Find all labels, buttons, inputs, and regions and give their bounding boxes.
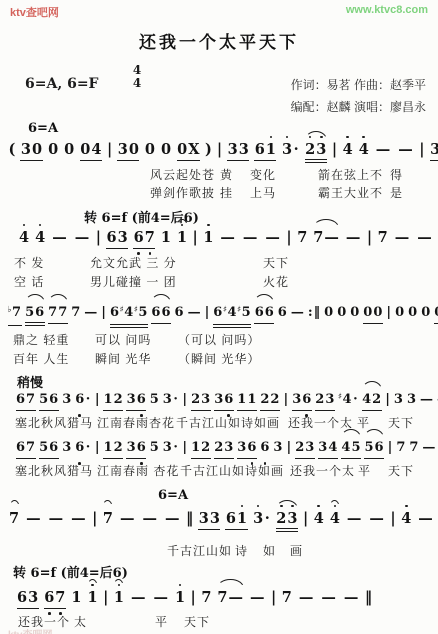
- note: 2: [315, 390, 325, 409]
- note: 7: [217, 588, 228, 607]
- note: 5: [39, 390, 49, 409]
- note: 0: [144, 140, 155, 159]
- note: —: [417, 228, 433, 247]
- note: 7: [71, 303, 81, 322]
- lyric-row-2b: 空 话 男儿碰撞 一 团 火花: [0, 273, 438, 289]
- note: 6: [17, 588, 28, 607]
- note: ·: [172, 390, 179, 409]
- note: ·: [352, 390, 359, 409]
- dash-note: —: [142, 509, 158, 528]
- note: 6: [224, 390, 234, 409]
- note: 7: [26, 438, 36, 457]
- barline: |: [103, 588, 109, 607]
- note-group: 4: [358, 140, 369, 159]
- lyric-row-5: 塞北秋风猎马 江南春雨 杏花 千古江山如诗如画 还我一个太 平 天下: [0, 462, 438, 478]
- note-group: 0: [421, 303, 431, 322]
- lyric-segment: 允文允武 三 分: [90, 254, 177, 271]
- note: |: [190, 588, 196, 607]
- note: 0: [373, 303, 383, 322]
- note-group: 3: [393, 390, 403, 409]
- note: 3: [325, 390, 335, 409]
- note: 3: [62, 438, 72, 457]
- note: 5: [149, 390, 159, 409]
- note: 7: [313, 228, 324, 247]
- note: 5: [149, 438, 159, 457]
- note: 1: [103, 390, 113, 409]
- note: 7: [409, 438, 419, 457]
- note: —: [343, 588, 359, 607]
- note-group: 0: [48, 140, 59, 159]
- key-signature: 6=A, 6=F: [25, 76, 99, 92]
- note: ·: [85, 390, 92, 409]
- note-group: 30: [20, 140, 42, 161]
- note: —: [71, 509, 87, 528]
- barline: |: [94, 438, 100, 457]
- note: 3: [209, 509, 220, 528]
- note-group: 7—: [217, 588, 244, 607]
- note: 4: [35, 228, 46, 247]
- dash-note: —: [422, 438, 436, 457]
- note: |: [286, 228, 292, 247]
- dash-note: —: [130, 588, 146, 607]
- dash-note: —: [418, 509, 434, 528]
- note: 4: [19, 228, 30, 247]
- dash-note: —: [26, 509, 42, 528]
- note: 3: [224, 438, 234, 457]
- note: 1: [87, 588, 98, 607]
- note: 6: [254, 140, 265, 159]
- lyric-segment: 平: [155, 613, 168, 630]
- note: |: [387, 438, 393, 457]
- watermark-bottom-left: ktv查吧网: [8, 626, 52, 634]
- dash-note: —: [321, 588, 337, 607]
- note: 3: [201, 390, 211, 409]
- note: 6: [75, 438, 85, 457]
- note: 3: [20, 140, 31, 159]
- time-signature: 4 4: [130, 64, 144, 90]
- note-group: 6♯4♯5: [213, 303, 251, 328]
- note: 2: [295, 438, 305, 457]
- note: 4: [341, 438, 351, 457]
- note: |: [390, 509, 396, 528]
- note: 7: [9, 509, 20, 528]
- note: 1: [191, 438, 201, 457]
- note: 6: [16, 390, 26, 409]
- note-group: 36: [292, 390, 312, 411]
- lyric-segment: 江南春雨杏花: [97, 414, 175, 431]
- lyric-row-4: 塞北秋风猎马 江南春雨杏花 千古江山如诗如画 还我一个太 平 天下: [0, 414, 438, 430]
- lyric-segment: 瞬间 光华: [95, 350, 151, 367]
- dash-note: —: [250, 588, 266, 607]
- note-group: 7: [377, 228, 388, 247]
- note-group: 6: [260, 438, 270, 457]
- key-mark-a-2: 6=A: [158, 488, 188, 503]
- note-group: 7: [71, 303, 81, 322]
- lyric-segment: 还我一个太: [288, 414, 353, 431]
- note: 3: [316, 140, 327, 159]
- dash-note: —: [74, 228, 90, 247]
- note-group: 36: [126, 390, 146, 411]
- note: —: [422, 438, 436, 457]
- note: 7: [26, 390, 36, 409]
- lyric-segment: 诗: [235, 542, 248, 559]
- note: —: [228, 588, 244, 607]
- lyric-segment: 挂: [220, 184, 233, 201]
- note: 3: [305, 438, 315, 457]
- note-group: 1: [160, 228, 171, 247]
- note: —: [345, 228, 361, 247]
- dash-note: —: [52, 228, 68, 247]
- note: 6: [302, 390, 312, 409]
- dash-note: —: [345, 228, 361, 247]
- lyric-segment: 千古江山如诗如画: [180, 462, 284, 479]
- note: 7: [58, 303, 68, 322]
- lyric-segment: 箭在弦上不: [318, 166, 383, 183]
- dash-note: —: [420, 390, 434, 409]
- note-group: 7: [9, 509, 20, 528]
- lyric-segment: 百年 人生: [13, 350, 69, 367]
- note: —: [164, 509, 180, 528]
- note-group: 66: [151, 303, 171, 324]
- note: |: [204, 303, 210, 322]
- lyric-segment: 是: [390, 184, 403, 201]
- note: |: [182, 390, 188, 409]
- note-group: 23: [191, 390, 211, 411]
- note-group: 45: [341, 438, 361, 459]
- note-group: 67: [133, 228, 155, 249]
- note: 3: [126, 438, 136, 457]
- note: 3: [28, 588, 39, 607]
- dash-note: —: [343, 588, 359, 607]
- note: 6: [254, 303, 264, 322]
- note: 0: [421, 303, 431, 322]
- lyric-row-6: 千古江山如 诗 如 画: [0, 542, 438, 558]
- note-group: ‖: [364, 588, 372, 607]
- note: 3: [198, 509, 209, 528]
- note: —: [119, 509, 135, 528]
- note: 3: [238, 140, 249, 159]
- note-group: ‖: [185, 509, 193, 528]
- note: |: [182, 438, 188, 457]
- note: 6: [161, 303, 171, 322]
- note-group: 0: [144, 140, 155, 159]
- note: —: [26, 509, 42, 528]
- note: 2: [305, 140, 316, 159]
- note: 6: [110, 303, 120, 322]
- lyric-segment: 塞北秋风猎马: [15, 414, 93, 431]
- lyric-segment: 火花: [263, 273, 289, 290]
- note: 7: [377, 228, 388, 247]
- note: (: [8, 140, 16, 159]
- note: 6: [133, 228, 144, 247]
- barline: |: [92, 509, 98, 528]
- note: |: [331, 140, 337, 159]
- note-group: 04: [80, 140, 102, 161]
- tempo-mark-slower: 稍慢: [17, 372, 43, 391]
- note: —: [220, 228, 236, 247]
- note: 2: [113, 438, 123, 457]
- lyric-segment: 风云起处苍: [150, 166, 215, 183]
- barline: |: [331, 140, 337, 159]
- note-group: 1: [87, 588, 98, 607]
- note-group: (: [8, 140, 16, 159]
- note: 2: [214, 438, 224, 457]
- note: 7: [396, 438, 406, 457]
- note-group: 3·: [253, 509, 271, 528]
- note-group: 30: [117, 140, 139, 161]
- note: —: [187, 303, 201, 322]
- note-group: ♭7: [8, 303, 22, 326]
- note: 5: [39, 438, 49, 457]
- lyric-row-2a: 不 发 允文允武 三 分 天下: [0, 254, 438, 270]
- note: |: [385, 390, 391, 409]
- note-group: 63: [17, 588, 39, 609]
- note: 0: [64, 140, 75, 159]
- barline: |: [182, 438, 188, 457]
- note: 7: [144, 228, 155, 247]
- dash-note: —: [71, 509, 87, 528]
- note: 7: [297, 228, 308, 247]
- note: 3: [162, 390, 172, 409]
- lyric-segment: 画: [290, 542, 303, 559]
- note: 6: [44, 588, 55, 607]
- note-group: 00: [363, 303, 383, 324]
- dash-note: —: [290, 303, 304, 322]
- note: 6: [260, 438, 270, 457]
- note: |: [192, 228, 198, 247]
- note-group: 0: [350, 303, 360, 322]
- note: 1: [203, 228, 214, 247]
- note-group: 63: [106, 228, 128, 249]
- music-line-6: 7———|7———‖33613·23|44——|4———|: [6, 509, 438, 532]
- note: 1: [103, 438, 113, 457]
- note-group: 4: [313, 509, 324, 528]
- note: 3: [162, 438, 172, 457]
- dash-note: —: [298, 588, 314, 607]
- music-line-1: (300004|30000X)|33613·23|44——|33613·23|: [6, 140, 438, 163]
- barline: |: [94, 390, 100, 409]
- note-group: 42: [362, 390, 382, 411]
- note-group: 7: [396, 438, 406, 457]
- note: |: [95, 228, 101, 247]
- dash-note: —: [187, 303, 201, 322]
- barline: |: [216, 140, 222, 159]
- note: ‖: [313, 303, 321, 322]
- lyric-segment: 鼎之 轻重: [13, 331, 69, 348]
- note: 4: [124, 303, 134, 322]
- note: 4: [227, 303, 237, 322]
- lyric-row-1b: 弹剑作歌披 挂 上马 霸王大业不 是: [0, 184, 438, 200]
- lyric-segment: 不 发: [14, 254, 44, 271]
- note-group: 61: [254, 140, 276, 161]
- note: 3: [273, 438, 283, 457]
- note: 0: [337, 303, 347, 322]
- lyric-segment: 空 话: [14, 273, 44, 290]
- dash-note: —: [119, 509, 135, 528]
- note: —: [418, 509, 434, 528]
- note: 1: [160, 228, 171, 247]
- note: —: [420, 390, 434, 409]
- note: 4: [342, 390, 352, 409]
- note: 3: [393, 390, 403, 409]
- note: 6: [16, 438, 26, 457]
- note: —: [321, 588, 337, 607]
- note-group: 34: [318, 438, 338, 459]
- note: |: [216, 140, 222, 159]
- barline: |: [271, 588, 277, 607]
- note: —: [375, 140, 391, 159]
- note-group: 4: [329, 509, 340, 528]
- note: 6: [374, 438, 384, 457]
- note: 5: [25, 303, 35, 322]
- note: 6: [49, 438, 59, 457]
- note-group: 6: [277, 303, 287, 322]
- key-mark-a-1: 6=A: [28, 121, 58, 136]
- note-group: 23: [305, 140, 327, 163]
- lyric-segment: 天下: [388, 462, 414, 479]
- music-line-5: 675636·|123653·|12233663|23344556|77——|: [14, 438, 438, 459]
- note: —: [52, 228, 68, 247]
- note: 1: [174, 588, 185, 607]
- song-title: 还我一个太平天下: [0, 28, 438, 53]
- note: —: [298, 588, 314, 607]
- note: |: [103, 588, 109, 607]
- note-group: 3: [273, 438, 283, 457]
- note: |: [94, 390, 100, 409]
- note-group: 4: [342, 140, 353, 159]
- note-group: 4: [401, 509, 412, 528]
- note: 2: [270, 390, 280, 409]
- lyric-segment: 江南春雨 杏花: [97, 462, 179, 479]
- note: ·: [85, 438, 92, 457]
- note: 0: [128, 140, 139, 159]
- lyric-segment: （瞬间 光华）: [178, 350, 260, 367]
- note-group: 12: [103, 438, 123, 459]
- note: 0: [80, 140, 91, 159]
- note-group: ): [204, 140, 212, 159]
- note: 6: [49, 390, 59, 409]
- note-group: 56: [39, 390, 59, 411]
- note-group: 36: [126, 438, 146, 459]
- barline: |: [204, 303, 210, 322]
- music-line-7: 636711|1——1|77——|7———‖: [14, 588, 375, 609]
- barline: |: [101, 303, 107, 322]
- note-group: 22: [260, 390, 280, 411]
- note-group: 3·: [162, 438, 179, 457]
- note-group: 00: [434, 303, 438, 324]
- note: ·: [264, 509, 271, 528]
- note: —: [324, 228, 340, 247]
- note: 3: [126, 390, 136, 409]
- dash-note: —: [84, 303, 98, 322]
- dash-note: —: [242, 228, 258, 247]
- note: 2: [201, 438, 211, 457]
- note-group: 12: [191, 438, 211, 459]
- note: 6: [247, 438, 257, 457]
- lyric-segment: 千古江山如诗如画: [176, 414, 280, 431]
- note: |: [366, 228, 372, 247]
- note: 3: [253, 509, 264, 528]
- note: 7: [55, 588, 66, 607]
- note-group: 36: [214, 390, 234, 411]
- note: ·: [172, 438, 179, 457]
- note: 5: [241, 303, 251, 322]
- note-group: 7: [297, 228, 308, 247]
- modulation-mark-2: 转 6=f (前4=后6): [13, 562, 128, 581]
- note: |: [94, 438, 100, 457]
- note: —: [130, 588, 146, 607]
- lyric-segment: 黄: [220, 166, 233, 183]
- note: 1: [237, 390, 247, 409]
- note: |: [419, 140, 425, 159]
- lyric-segment: 还我一个太: [290, 462, 355, 479]
- note-group: 11: [237, 390, 257, 411]
- lyric-segment: 天下: [388, 414, 414, 431]
- note-group: 23: [276, 509, 298, 532]
- note: 7: [201, 588, 212, 607]
- note-group: 33: [227, 140, 249, 161]
- note: ·: [293, 140, 300, 159]
- note-group: 3: [406, 390, 416, 409]
- note: —: [398, 140, 414, 159]
- watermark-top-left: ktv查吧网: [10, 4, 59, 20]
- note: 3: [292, 390, 302, 409]
- lyric-segment: 得: [390, 166, 403, 183]
- lyric-segment: 平: [358, 462, 371, 479]
- note-group: 4: [19, 228, 30, 247]
- note-group: 66: [254, 303, 274, 324]
- note: 6: [225, 509, 236, 528]
- note: 5: [138, 303, 148, 322]
- note: 0: [395, 303, 405, 322]
- note: —: [142, 509, 158, 528]
- dash-note: —: [220, 228, 236, 247]
- lyric-segment: 天下: [263, 254, 289, 271]
- note: 1: [113, 588, 124, 607]
- credits: 作词：易茗 作曲：赵季平 编配：赵麟 演唱：廖昌永: [291, 74, 426, 118]
- note: 7: [12, 303, 22, 322]
- dash-note: —: [265, 228, 281, 247]
- note-group: 77: [48, 303, 68, 324]
- note-group: 4: [35, 228, 46, 247]
- dash-note: —: [346, 509, 362, 528]
- note-group: 7: [281, 588, 292, 607]
- dash-note: —: [398, 140, 414, 159]
- lyric-segment: 上马: [250, 184, 276, 201]
- note: 3: [214, 390, 224, 409]
- note: —: [290, 303, 304, 322]
- note: 3: [117, 140, 128, 159]
- note-group: 56: [39, 438, 59, 459]
- note-group: 0: [337, 303, 347, 322]
- note-group: 0: [64, 140, 75, 159]
- note-group: 1: [113, 588, 124, 607]
- note: —: [74, 228, 90, 247]
- note-group: 1: [174, 588, 185, 607]
- note-group: 6·: [75, 438, 92, 457]
- dash-note: —: [394, 228, 410, 247]
- note: |: [286, 438, 292, 457]
- note: —: [84, 303, 98, 322]
- note-group: 56: [25, 303, 45, 326]
- lyric-segment: 太: [74, 613, 87, 630]
- lyric-segment: 弹剑作歌披: [150, 184, 215, 201]
- note-group: 56: [364, 438, 384, 459]
- note: —: [346, 509, 362, 528]
- lyric-row-3b: 百年 人生 瞬间 光华 （瞬间 光华）: [0, 350, 438, 366]
- note: |: [101, 303, 107, 322]
- barline: |: [386, 303, 392, 322]
